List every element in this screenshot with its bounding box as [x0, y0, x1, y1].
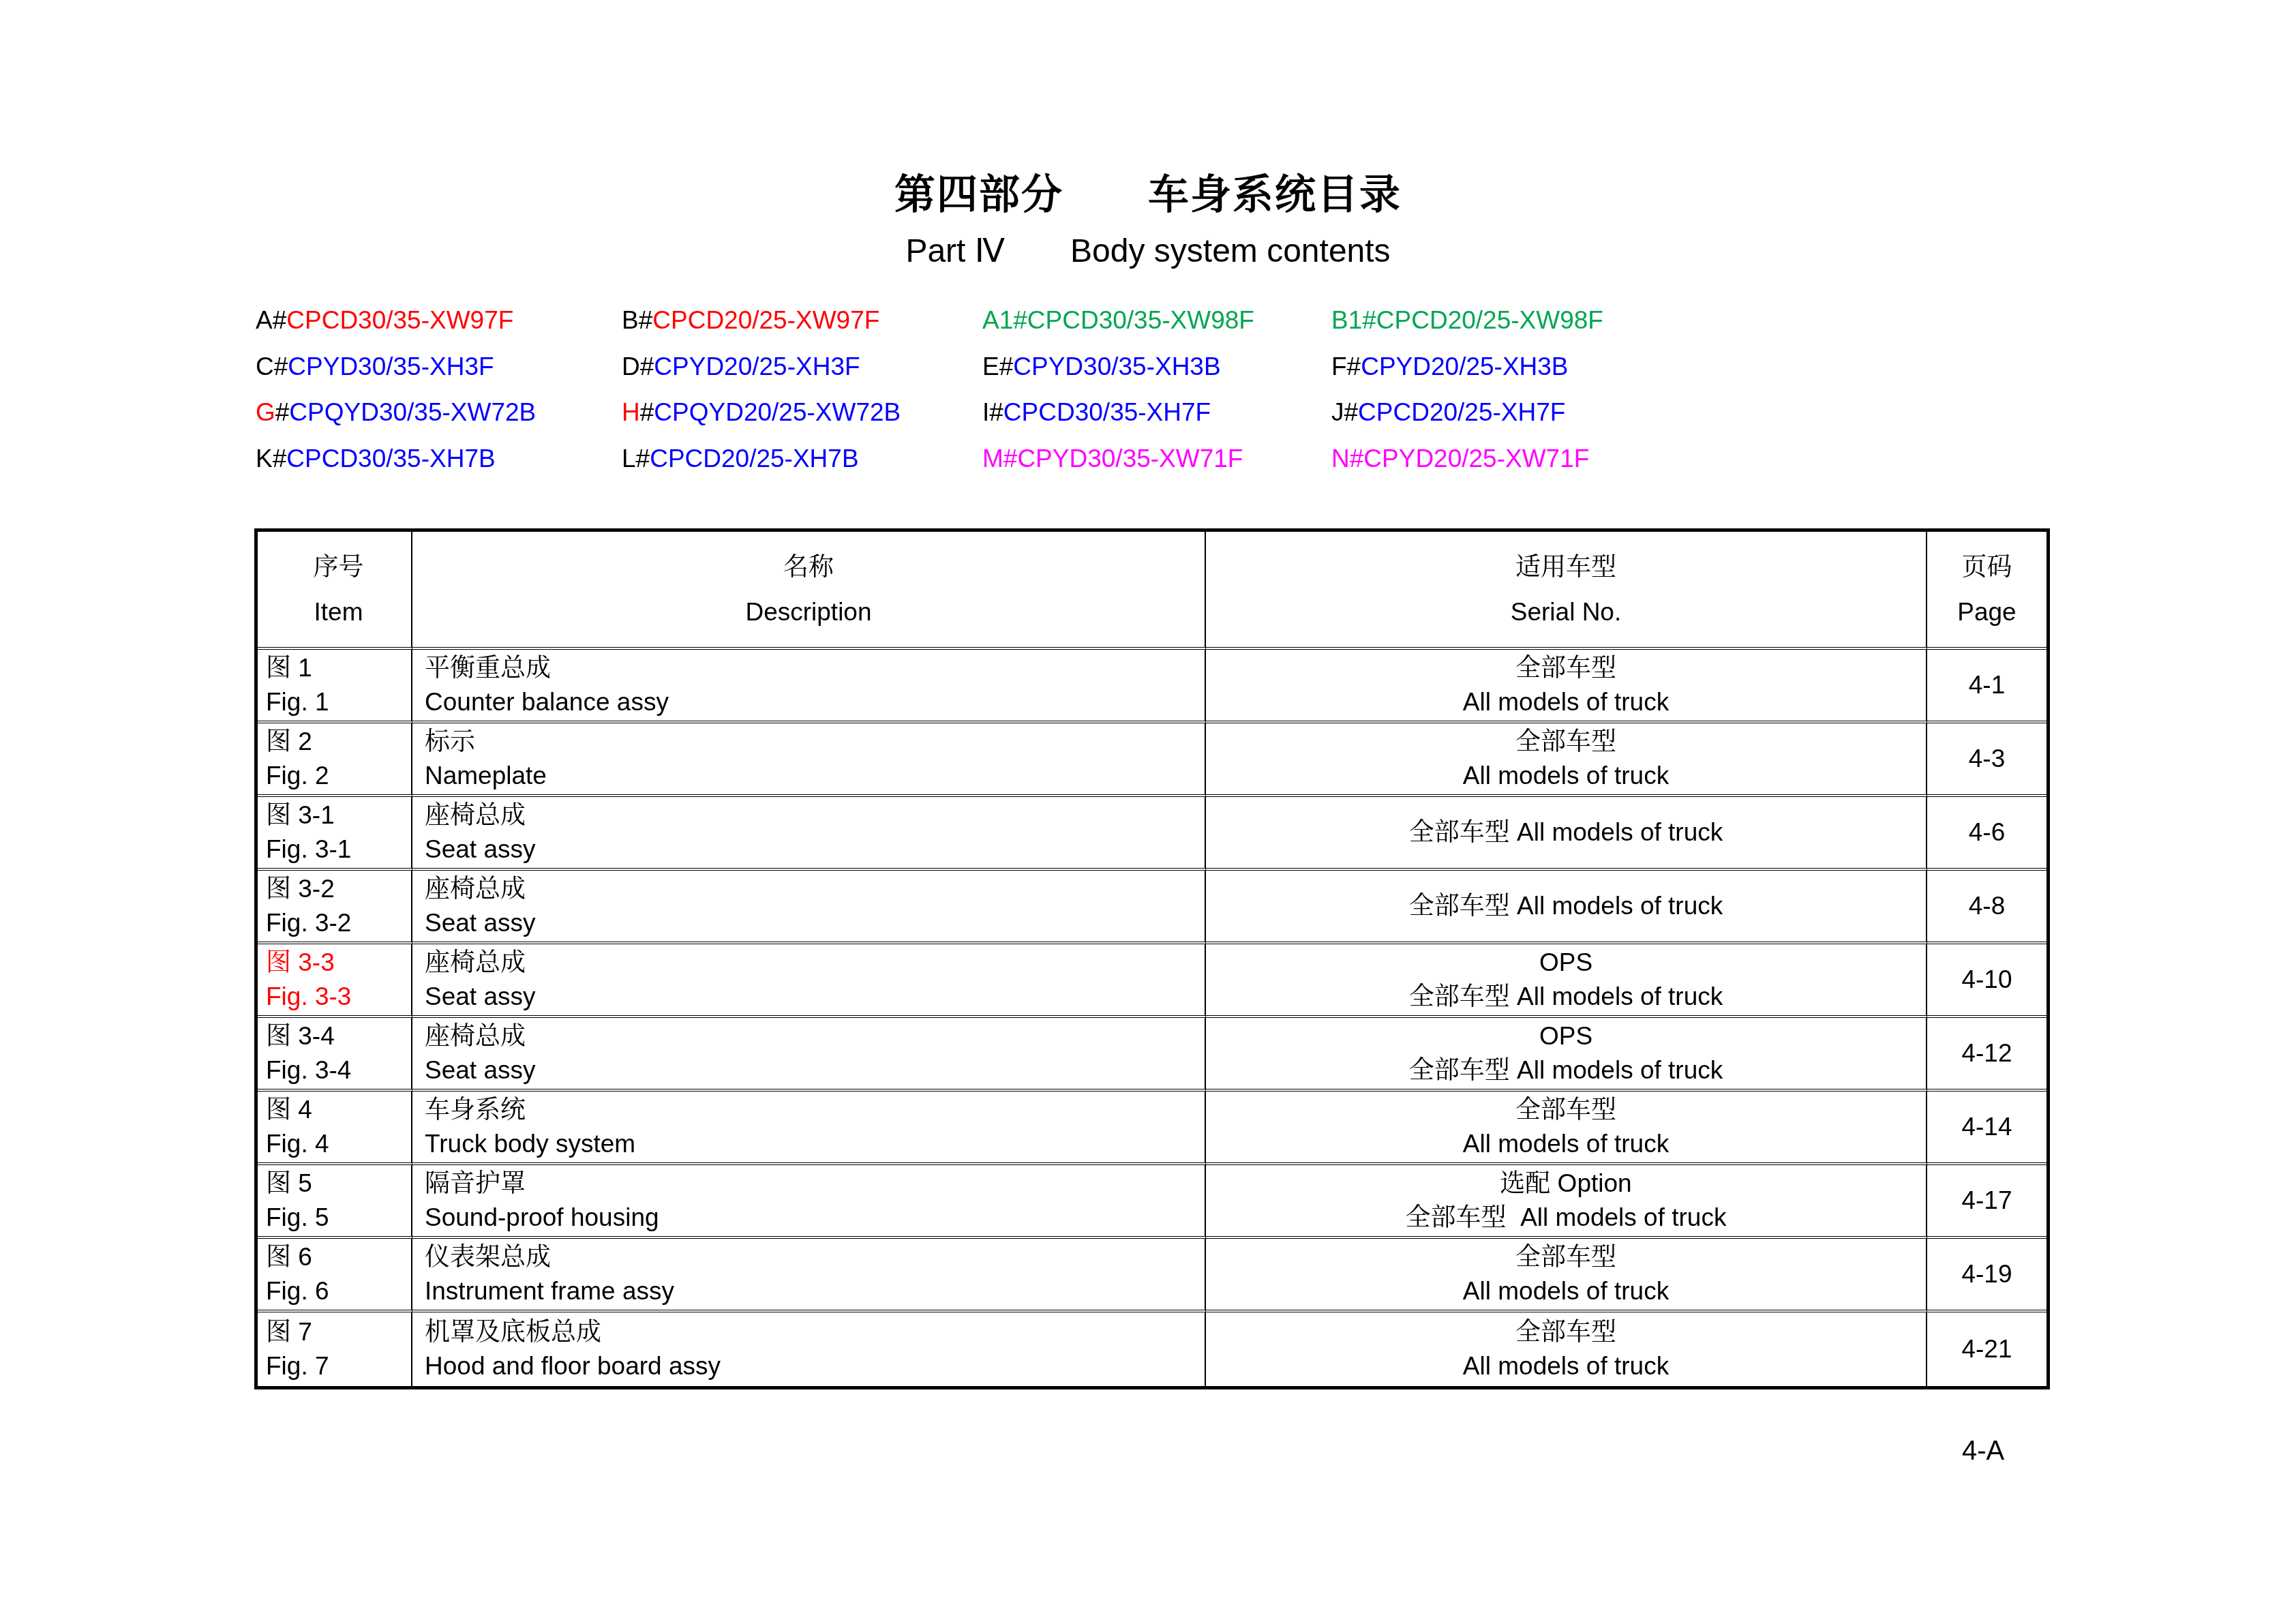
model-code-a1: A1#CPCD30/35-XW98F — [982, 305, 1331, 352]
description-en: Nameplate — [412, 759, 1205, 793]
description-zh: 座椅总成 — [412, 872, 1205, 906]
serial-line-2: All models of truck — [1206, 759, 1926, 793]
serial-line-2: 全部车型 All models of truck — [1206, 1201, 1926, 1235]
model-code-i: I#CPCD30/35-XH7F — [982, 397, 1331, 444]
description-zh: 平衡重总成 — [412, 651, 1205, 685]
item-number-en: Fig. 1 — [258, 685, 411, 719]
model-code-segment: L# — [622, 445, 650, 472]
item-number-zh: 图 6 — [258, 1240, 411, 1274]
description-en: Instrument frame assy — [412, 1274, 1205, 1308]
document-page: { "title": { "zh": "第四部分\u3000\u3000车身系统… — [0, 0, 2296, 1624]
model-code-j: J#CPCD20/25-XH7F — [1331, 397, 1603, 444]
item-number-zh: 图 3-4 — [258, 1019, 411, 1053]
model-code-segment: I# — [982, 398, 1003, 426]
description-en: Counter balance assy — [412, 685, 1205, 719]
model-code-segment: G — [256, 398, 275, 426]
column-header-description-en: Description — [412, 590, 1205, 635]
model-code-e: E#CPYD30/35-XH3B — [982, 352, 1331, 398]
page-ref: 4-21 — [1927, 1312, 2046, 1386]
model-code-segment: D# — [622, 352, 654, 380]
serial-line-1: 全部车型 — [1206, 1240, 1926, 1274]
item-number-en: Fig. 4 — [258, 1127, 411, 1161]
serial-line-1: 全部车型 — [1206, 1315, 1926, 1349]
table-row-fig1: 图 1Fig. 1 平衡重总成Counter balance assy 全部车型… — [258, 650, 2046, 723]
description-en: Seat assy — [412, 980, 1205, 1014]
description-zh: 座椅总成 — [412, 1019, 1205, 1053]
item-number-en: Fig. 6 — [258, 1274, 411, 1308]
model-code-segment: CPQYD30/35-XW72B — [289, 398, 536, 426]
model-code-g: G#CPQYD30/35-XW72B — [256, 397, 622, 444]
page-ref: 4-19 — [1927, 1239, 2046, 1312]
model-code-legend: A#CPCD30/35-XW97F B#CPCD20/25-XW97F A1#C… — [256, 305, 1603, 490]
footer-page-number: 4-A — [1962, 1436, 2004, 1467]
serial-line-2: All models of truck — [1206, 1274, 1926, 1308]
column-header-description-zh: 名称 — [412, 545, 1205, 590]
model-code-segment: A# — [256, 306, 286, 334]
page-title-zh: 第四部分 车身系统目录 — [0, 162, 2296, 221]
model-code-segment: CPCD30/35-XH7B — [286, 445, 495, 472]
model-code-segment: CPCD30/35-XW97F — [286, 306, 513, 334]
model-code-h: H#CPQYD20/25-XW72B — [622, 397, 982, 444]
serial-line-1: 全部车型 — [1206, 1093, 1926, 1127]
item-number-zh: 图 4 — [258, 1093, 411, 1127]
item-number-zh: 图 5 — [258, 1167, 411, 1201]
table-row-fig2: 图 2Fig. 2 标示Nameplate 全部车型All models of … — [258, 723, 2046, 797]
item-number-zh: 图 7 — [258, 1315, 411, 1349]
page-ref: 4-14 — [1927, 1092, 2046, 1165]
model-code-m: M#CPYD30/35-XW71F — [982, 444, 1331, 490]
model-code-n: N#CPYD20/25-XW71F — [1331, 444, 1603, 490]
model-code-segment: H — [622, 398, 640, 426]
serial-line-1: 全部车型 — [1206, 725, 1926, 759]
table-row-fig6: 图 6Fig. 6 仪表架总成Instrument frame assy 全部车… — [258, 1239, 2046, 1312]
model-code-segment: # — [640, 398, 654, 426]
model-code-segment: CPCD30/35-XH7F — [1003, 398, 1211, 426]
description-en: Sound-proof housing — [412, 1201, 1205, 1235]
column-header-description: 名称Description — [412, 532, 1206, 650]
model-code-l: L#CPCD20/25-XH7B — [622, 444, 982, 490]
page-title-en: Part Ⅳ Body system contents — [0, 232, 2296, 270]
description-zh: 机罩及底板总成 — [412, 1315, 1205, 1349]
model-code-segment: CPQYD20/25-XW72B — [654, 398, 901, 426]
model-code-f: F#CPYD20/25-XH3B — [1331, 352, 1603, 398]
table-row-fig4: 图 4Fig. 4 车身系统Truck body system 全部车型All … — [258, 1092, 2046, 1165]
serial-line-2: 全部车型 All models of truck — [1206, 980, 1926, 1014]
serial-line-2: All models of truck — [1206, 685, 1926, 719]
model-code-segment: M#CPYD30/35-XW71F — [982, 445, 1243, 472]
model-code-segment: CPYD30/35-XH3F — [288, 352, 494, 380]
item-number-zh: 图 2 — [258, 725, 411, 759]
column-header-item: 序号Item — [258, 532, 412, 650]
serial-line-2: All models of truck — [1206, 1127, 1926, 1161]
description-zh: 车身系统 — [412, 1093, 1205, 1127]
item-number-zh: 图 3-1 — [258, 798, 411, 832]
model-code-k: K#CPCD30/35-XH7B — [256, 444, 622, 490]
table-row-fig3-1: 图 3-1Fig. 3-1 座椅总成Seat assy 全部车型 All mod… — [258, 797, 2046, 871]
table-row-fig7: 图 7Fig. 7 机罩及底板总成Hood and floor board as… — [258, 1312, 2046, 1386]
model-code-segment: CPCD20/25-XH7B — [650, 445, 858, 472]
model-code-b1: B1#CPCD20/25-XW98F — [1331, 305, 1603, 352]
model-code-segment: CPCD20/25-XW97F — [652, 306, 879, 334]
description-en: Hood and floor board assy — [412, 1349, 1205, 1383]
item-number-en: Fig. 3-1 — [258, 832, 411, 867]
item-number-en: Fig. 7 — [258, 1349, 411, 1383]
model-code-segment: B# — [622, 306, 652, 334]
item-number-en: Fig. 3-2 — [258, 906, 411, 940]
serial-line-1: 选配 Option — [1206, 1167, 1926, 1201]
model-code-segment: E# — [982, 352, 1013, 380]
column-header-serial-zh: 适用车型 — [1206, 545, 1926, 590]
serial-line-1: 全部车型 — [1206, 651, 1926, 685]
model-code-segment: N#CPYD20/25-XW71F — [1331, 445, 1589, 472]
model-code-segment: CPYD20/25-XH3F — [654, 352, 860, 380]
description-en: Seat assy — [412, 906, 1205, 940]
description-en: Truck body system — [412, 1127, 1205, 1161]
description-zh: 座椅总成 — [412, 946, 1205, 980]
column-header-item-zh: 序号 — [258, 545, 411, 590]
page-ref: 4-17 — [1927, 1165, 2046, 1239]
item-number-en: Fig. 3-4 — [258, 1053, 411, 1087]
column-header-serial-en: Serial No. — [1206, 590, 1926, 635]
model-code-segment: CPCD20/25-XH7F — [1358, 398, 1565, 426]
description-en: Seat assy — [412, 832, 1205, 867]
description-zh: 仪表架总成 — [412, 1240, 1205, 1274]
model-code-segment: # — [275, 398, 290, 426]
column-header-page-zh: 页码 — [1927, 545, 2046, 590]
item-number-en: Fig. 5 — [258, 1201, 411, 1235]
description-zh: 座椅总成 — [412, 798, 1205, 832]
item-number-en: Fig. 2 — [258, 759, 411, 793]
serial-line-2: All models of truck — [1206, 1349, 1926, 1383]
serial-line-1: 全部车型 All models of truck — [1206, 889, 1926, 923]
page-ref: 4-8 — [1927, 871, 2046, 944]
model-code-c: C#CPYD30/35-XH3F — [256, 352, 622, 398]
description-zh: 隔音护罩 — [412, 1167, 1205, 1201]
model-code-b: B#CPCD20/25-XW97F — [622, 305, 982, 352]
model-code-segment: CPYD20/25-XH3B — [1361, 352, 1568, 380]
model-code-segment: C# — [256, 352, 288, 380]
serial-line-1: 全部车型 All models of truck — [1206, 815, 1926, 849]
column-header-item-en: Item — [258, 590, 411, 635]
item-number-zh: 图 3-3 — [258, 946, 411, 980]
contents-table: 序号Item 名称Description 适用车型Serial No. 页码Pa… — [254, 528, 2050, 1389]
serial-line-1: OPS — [1206, 946, 1926, 980]
table-row-fig3-3: 图 3-3Fig. 3-3 座椅总成Seat assy OPS全部车型 All … — [258, 944, 2046, 1018]
serial-line-1: OPS — [1206, 1019, 1926, 1053]
item-number-zh: 图 3-2 — [258, 872, 411, 906]
column-header-page: 页码Page — [1927, 532, 2046, 650]
item-number-zh: 图 1 — [258, 651, 411, 685]
model-code-segment: K# — [256, 445, 286, 472]
description-zh: 标示 — [412, 725, 1205, 759]
page-ref: 4-12 — [1927, 1018, 2046, 1092]
table-row-fig5: 图 5Fig. 5 隔音护罩Sound-proof housing 选配 Opt… — [258, 1165, 2046, 1239]
model-code-a: A#CPCD30/35-XW97F — [256, 305, 622, 352]
model-code-d: D#CPYD20/25-XH3F — [622, 352, 982, 398]
table-row-fig3-2: 图 3-2Fig. 3-2 座椅总成Seat assy 全部车型 All mod… — [258, 871, 2046, 944]
model-code-segment: B1#CPCD20/25-XW98F — [1331, 306, 1603, 334]
page-ref: 4-6 — [1927, 797, 2046, 871]
table-header-row: 序号Item 名称Description 适用车型Serial No. 页码Pa… — [258, 532, 2046, 650]
page-ref: 4-1 — [1927, 650, 2046, 723]
page-ref: 4-10 — [1927, 944, 2046, 1018]
item-number-en: Fig. 3-3 — [258, 980, 411, 1014]
model-code-segment: A1#CPCD30/35-XW98F — [982, 306, 1254, 334]
model-code-segment: F# — [1331, 352, 1361, 380]
model-code-segment: CPYD30/35-XH3B — [1013, 352, 1220, 380]
serial-line-2: 全部车型 All models of truck — [1206, 1053, 1926, 1087]
table-row-fig3-4: 图 3-4Fig. 3-4 座椅总成Seat assy OPS全部车型 All … — [258, 1018, 2046, 1092]
column-header-page-en: Page — [1927, 590, 2046, 635]
column-header-serial: 适用车型Serial No. — [1206, 532, 1927, 650]
page-ref: 4-3 — [1927, 723, 2046, 797]
model-code-segment: J# — [1331, 398, 1358, 426]
description-en: Seat assy — [412, 1053, 1205, 1087]
